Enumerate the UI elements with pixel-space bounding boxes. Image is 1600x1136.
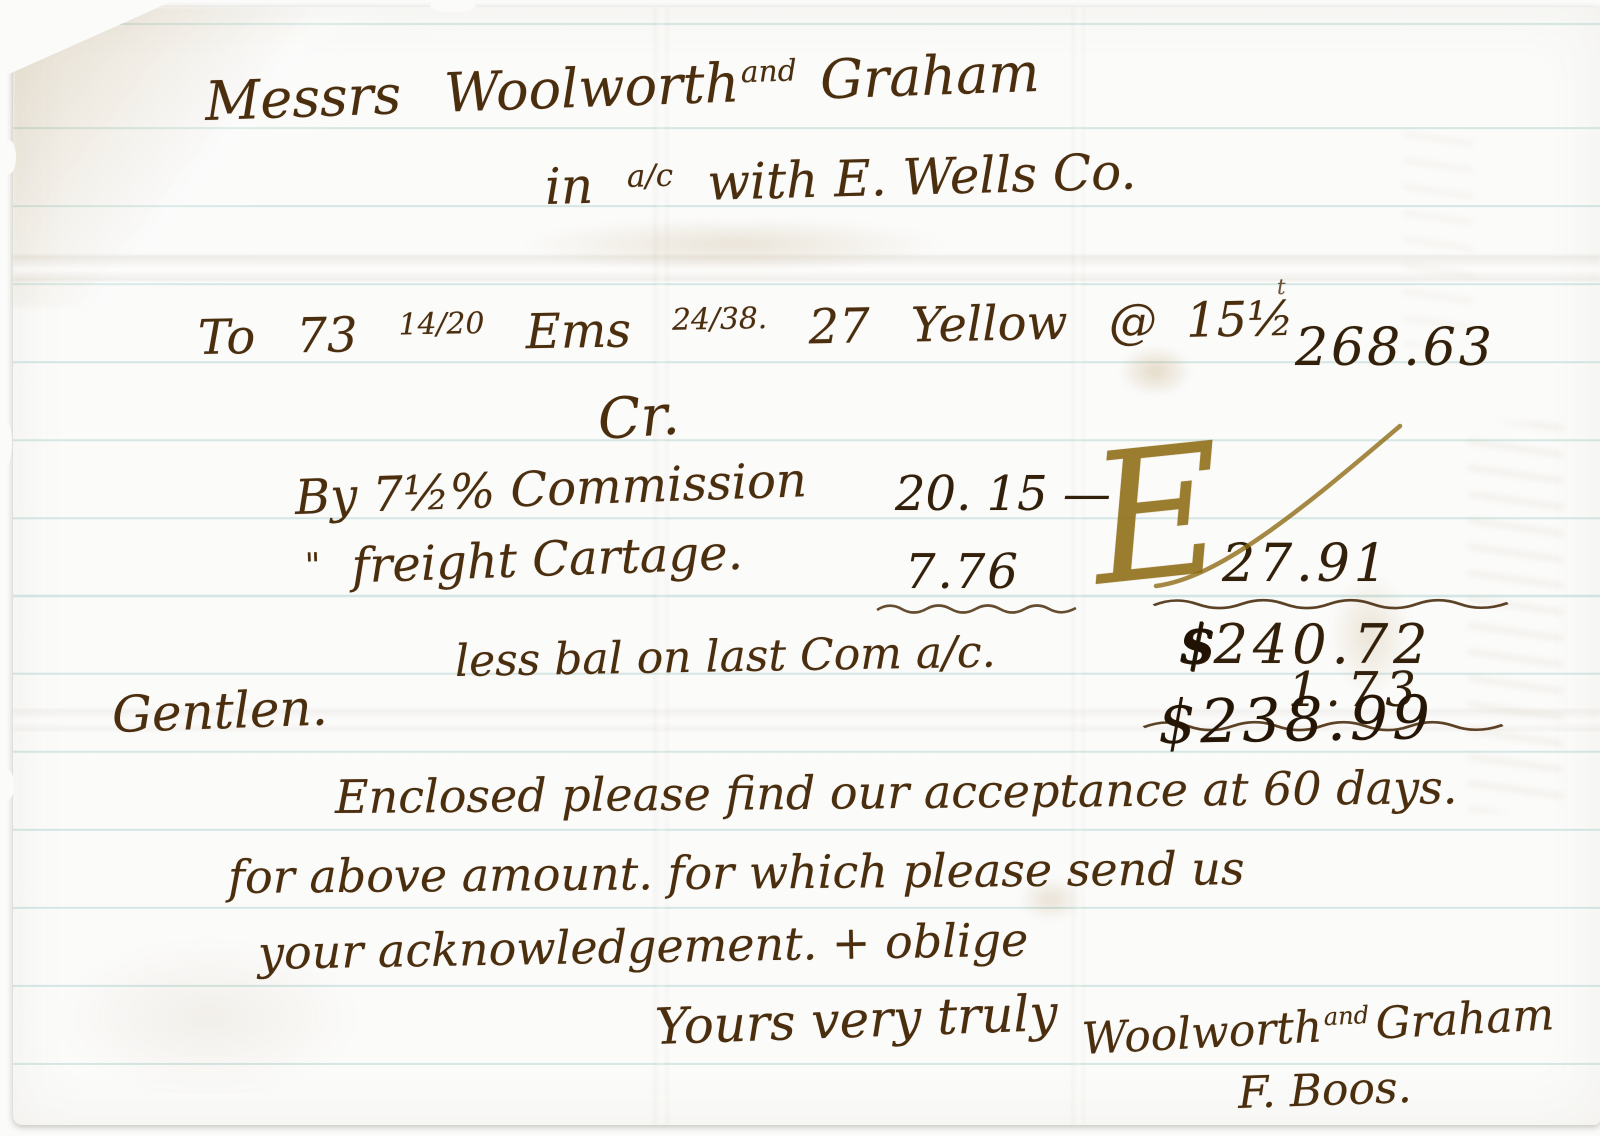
debit-dim-fraction: 24/38. (672, 301, 768, 338)
addressee-prefix: Messrs (204, 63, 402, 133)
account-ac-abbrev: a/c (626, 157, 673, 194)
less-balance-line: less bal on last Com a/c. (455, 627, 996, 687)
debit-unit: Ems (525, 302, 631, 360)
credit-marker: Cr. (596, 382, 682, 453)
addressee-name2: Graham (819, 41, 1040, 112)
debit-to: To (198, 309, 256, 366)
body-line: for above amount. for which please send … (228, 841, 1245, 904)
flourish-swoosh (1148, 418, 1408, 593)
account-post: with E. Wells Co. (706, 143, 1136, 212)
signature-conjunction: and (1323, 1001, 1370, 1031)
body-line: Enclosed please find our acceptance at 6… (335, 760, 1458, 824)
signature-name2: Graham (1374, 989, 1555, 1049)
debit-qty-fraction: 14/20 (398, 306, 484, 342)
stain (1118, 345, 1193, 397)
debit-amount: 268.63 (1295, 318, 1495, 378)
at-symbol: @ (1108, 293, 1157, 350)
credit-row-amount: 7.76 (905, 544, 1020, 600)
ditto-mark: " (304, 546, 321, 586)
addressee-name1: Woolworth (443, 51, 740, 124)
debit-rate: 15½t (1186, 291, 1295, 349)
edge-nick (430, 0, 476, 12)
scanned-document: Messrs Woolworthand Graham in a/c with E… (0, 0, 1600, 1136)
salutation: Gentlen. (111, 678, 328, 743)
edge-nick (0, 420, 12, 466)
account-pre: in (544, 157, 594, 216)
net-total: $238.99 (1157, 683, 1434, 758)
credit-row-amount: 20. 15 — (895, 466, 1111, 522)
bleed-through-marks (1468, 422, 1563, 812)
debit-item: Yellow (910, 295, 1068, 354)
edge-nick (2, 140, 16, 174)
signature-agent: F. Boos. (1237, 1062, 1412, 1119)
rate-mark: t (1277, 275, 1286, 300)
wavy-underline (875, 600, 1080, 616)
debit-qty: 73 (296, 307, 358, 364)
addressee-conjunction: and (740, 53, 797, 90)
dollar-sign: $ (1178, 612, 1214, 676)
edge-nick (2, 770, 14, 800)
debit-count: 27 (808, 298, 870, 355)
stain (518, 217, 948, 272)
bleed-through-marks (1403, 127, 1473, 347)
